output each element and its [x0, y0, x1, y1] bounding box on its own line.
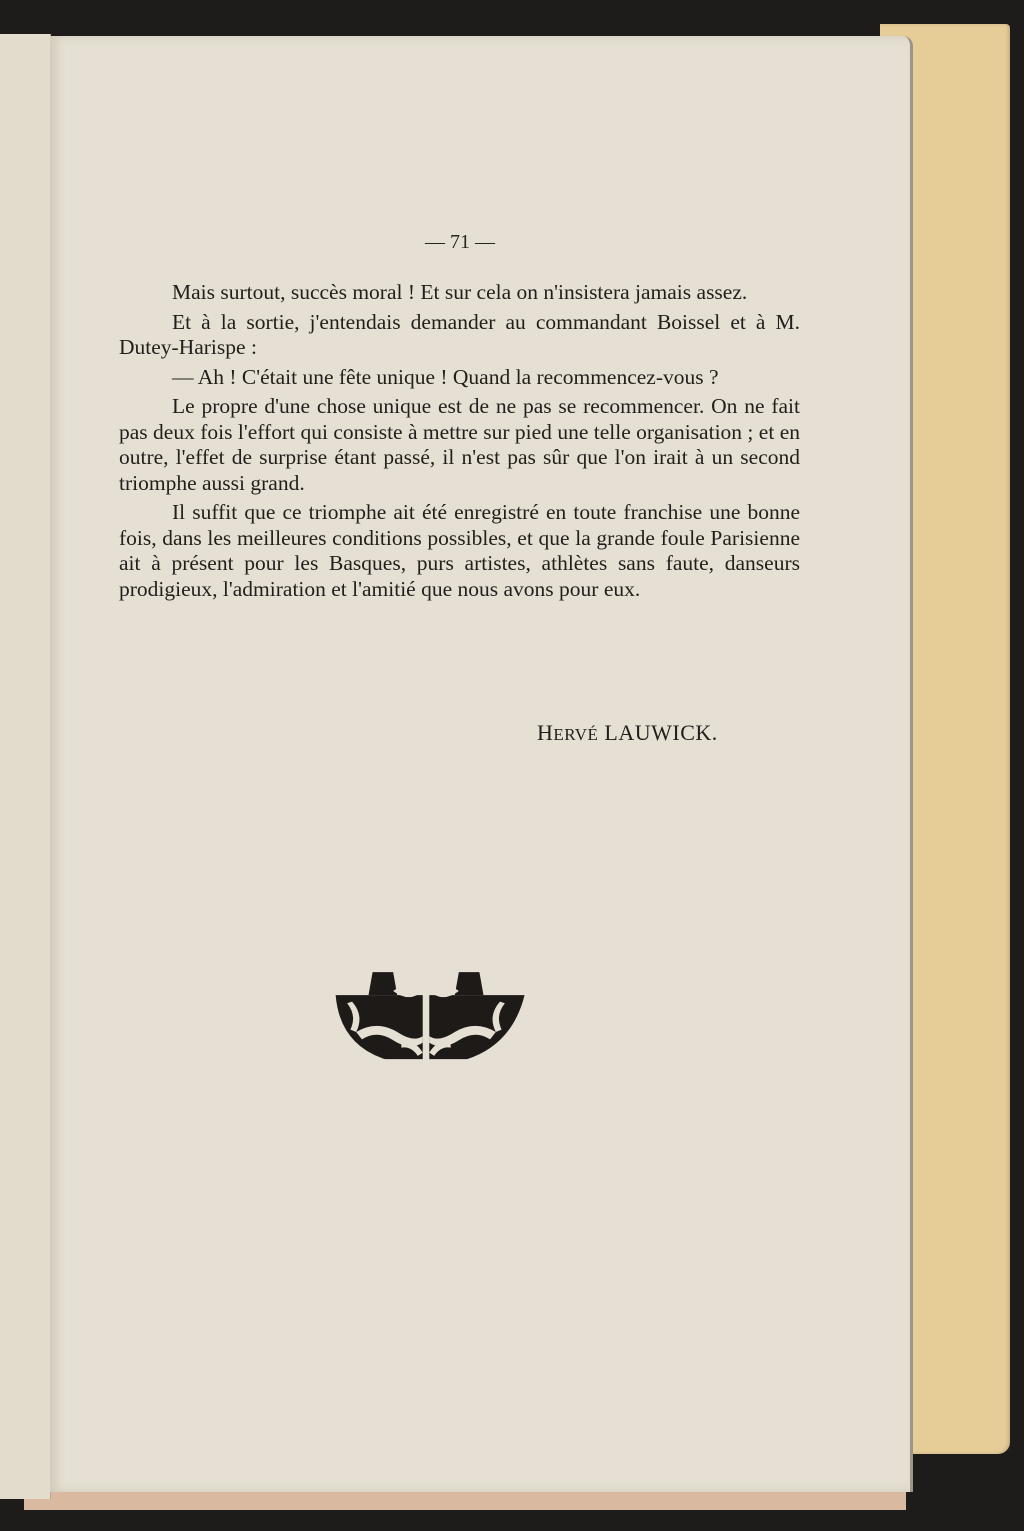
paragraph: Mais surtout, succès moral ! Et sur cela… — [119, 280, 800, 306]
paragraph: — Ah ! C'était une fête unique ! Quand l… — [119, 365, 800, 391]
signature-last-name: LAUWICK. — [604, 720, 717, 745]
signature-first-name: ERVÉ — [553, 725, 598, 744]
paragraph: Le propre d'une chose unique est de ne p… — [119, 394, 800, 496]
body-text: Mais surtout, succès moral ! Et sur cela… — [119, 280, 800, 606]
paragraph: Il suffit que ce triomphe ait été enregi… — [119, 500, 800, 602]
tailpiece-ornament-icon — [316, 954, 536, 1069]
signature-initial: H — [537, 720, 553, 745]
page-number: — 71 — — [50, 231, 910, 254]
book-page: — 71 — Mais surtout, succès moral ! Et s… — [50, 36, 913, 1492]
facing-page-edge — [0, 34, 51, 1499]
author-signature: HERVÉ LAUWICK. — [537, 720, 837, 748]
paragraph: Et à la sortie, j'entendais demander au … — [119, 310, 800, 361]
